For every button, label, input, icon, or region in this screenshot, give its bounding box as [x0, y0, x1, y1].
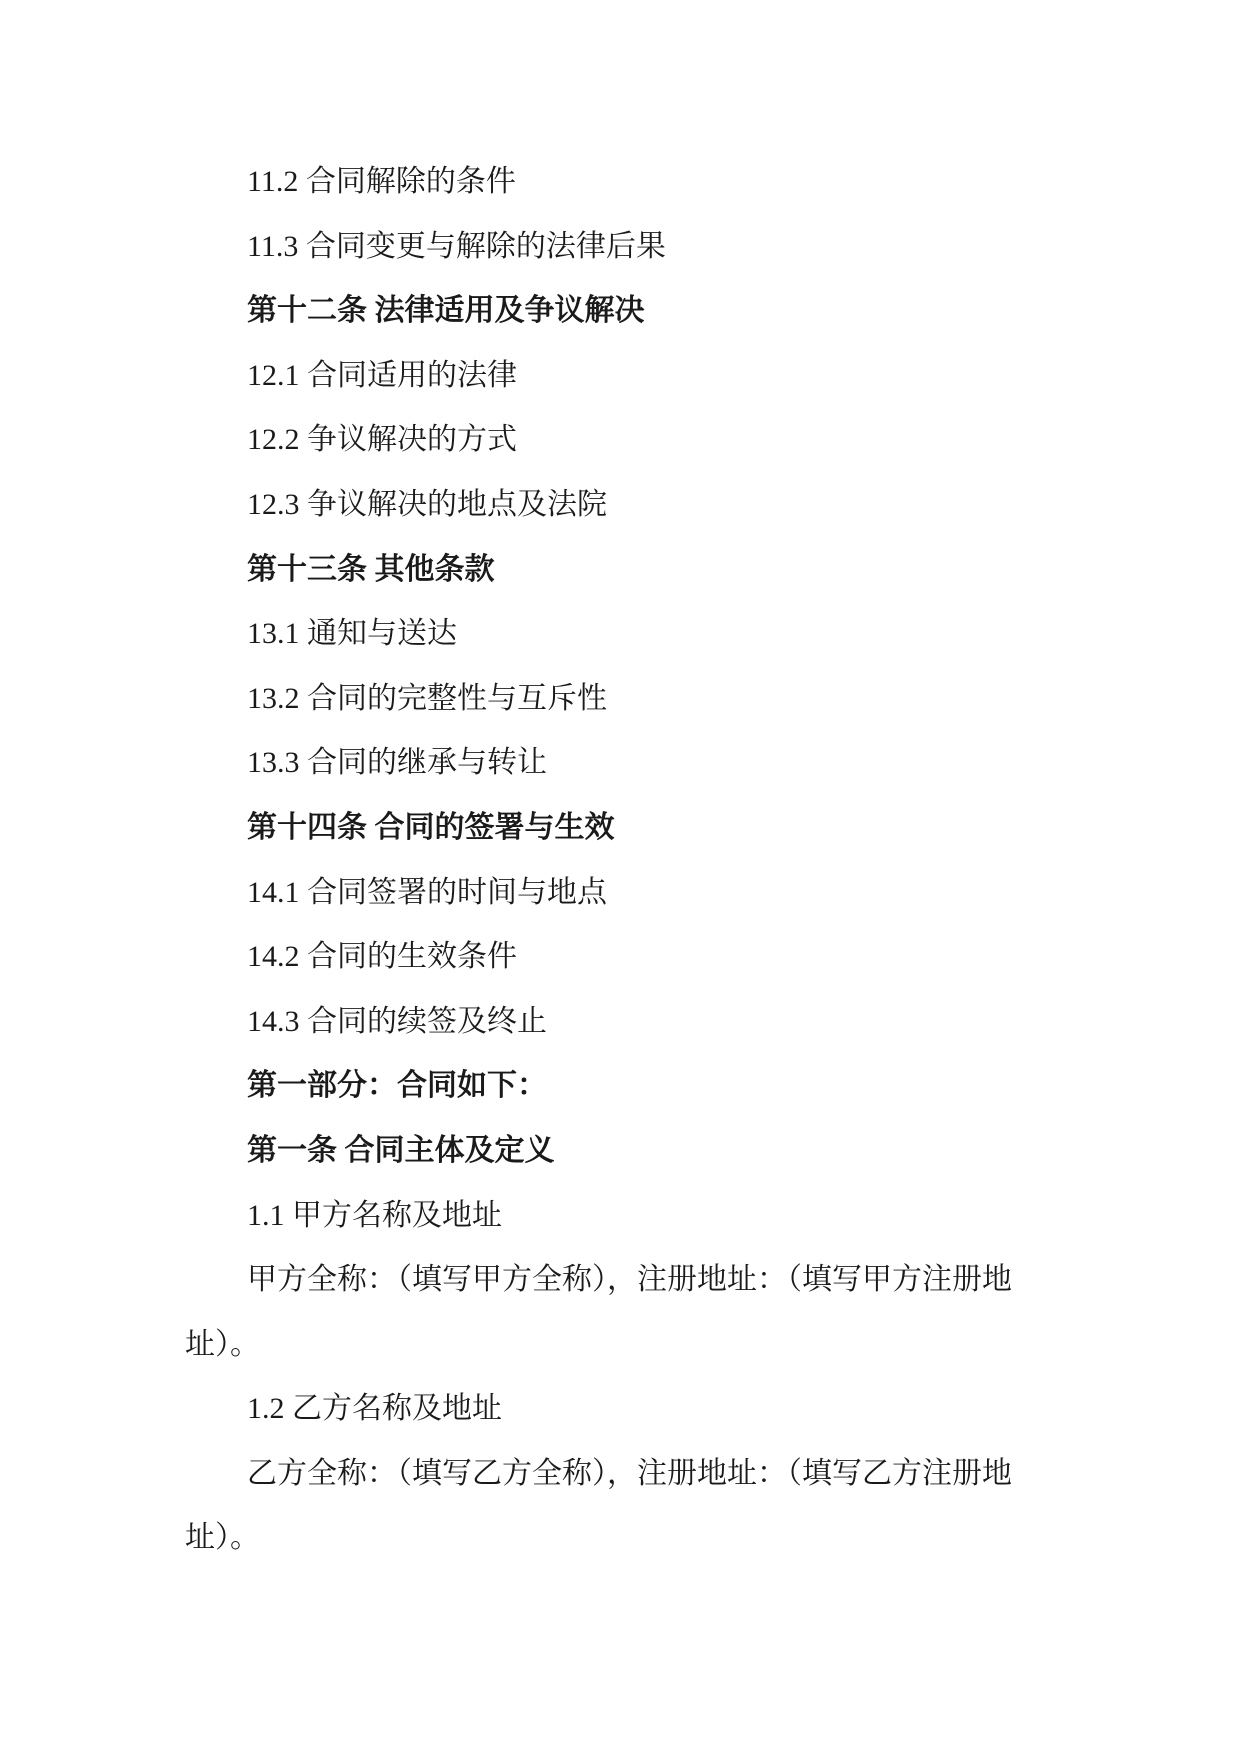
document-page: 11.2 合同解除的条件 11.3 合同变更与解除的法律后果 第十二条 法律适用… — [0, 0, 1240, 1753]
heading-article-12: 第十二条 法律适用及争议解决 — [185, 279, 1057, 344]
heading-part-1: 第一部分：合同如下： — [185, 1054, 1057, 1119]
toc-item-12-3: 12.3 争议解决的地点及法院 — [185, 473, 1057, 538]
toc-item-11-2: 11.2 合同解除的条件 — [185, 150, 1057, 215]
clause-1-2-title: 1.2 乙方名称及地址 — [185, 1377, 1057, 1442]
toc-item-13-1: 13.1 通知与送达 — [185, 602, 1057, 667]
party-a-detail-line-2: 址）。 — [185, 1313, 1057, 1378]
toc-item-13-2: 13.2 合同的完整性与互斥性 — [185, 667, 1057, 732]
clause-1-1-title: 1.1 甲方名称及地址 — [185, 1184, 1057, 1249]
heading-article-14: 第十四条 合同的签署与生效 — [185, 796, 1057, 861]
toc-item-11-3: 11.3 合同变更与解除的法律后果 — [185, 215, 1057, 280]
toc-item-14-2: 14.2 合同的生效条件 — [185, 925, 1057, 990]
toc-item-14-1: 14.1 合同签署的时间与地点 — [185, 861, 1057, 926]
party-a-detail-line-1: 甲方全称：（填写甲方全称），注册地址：（填写甲方注册地 — [185, 1248, 1057, 1313]
party-b-detail-line-2: 址）。 — [185, 1506, 1057, 1571]
heading-article-13: 第十三条 其他条款 — [185, 538, 1057, 603]
toc-item-14-3: 14.3 合同的续签及终止 — [185, 990, 1057, 1055]
heading-article-1: 第一条 合同主体及定义 — [185, 1119, 1057, 1184]
toc-item-12-2: 12.2 争议解决的方式 — [185, 408, 1057, 473]
toc-item-13-3: 13.3 合同的继承与转让 — [185, 731, 1057, 796]
toc-item-12-1: 12.1 合同适用的法律 — [185, 344, 1057, 409]
party-b-detail-line-1: 乙方全称：（填写乙方全称），注册地址：（填写乙方注册地 — [185, 1442, 1057, 1507]
